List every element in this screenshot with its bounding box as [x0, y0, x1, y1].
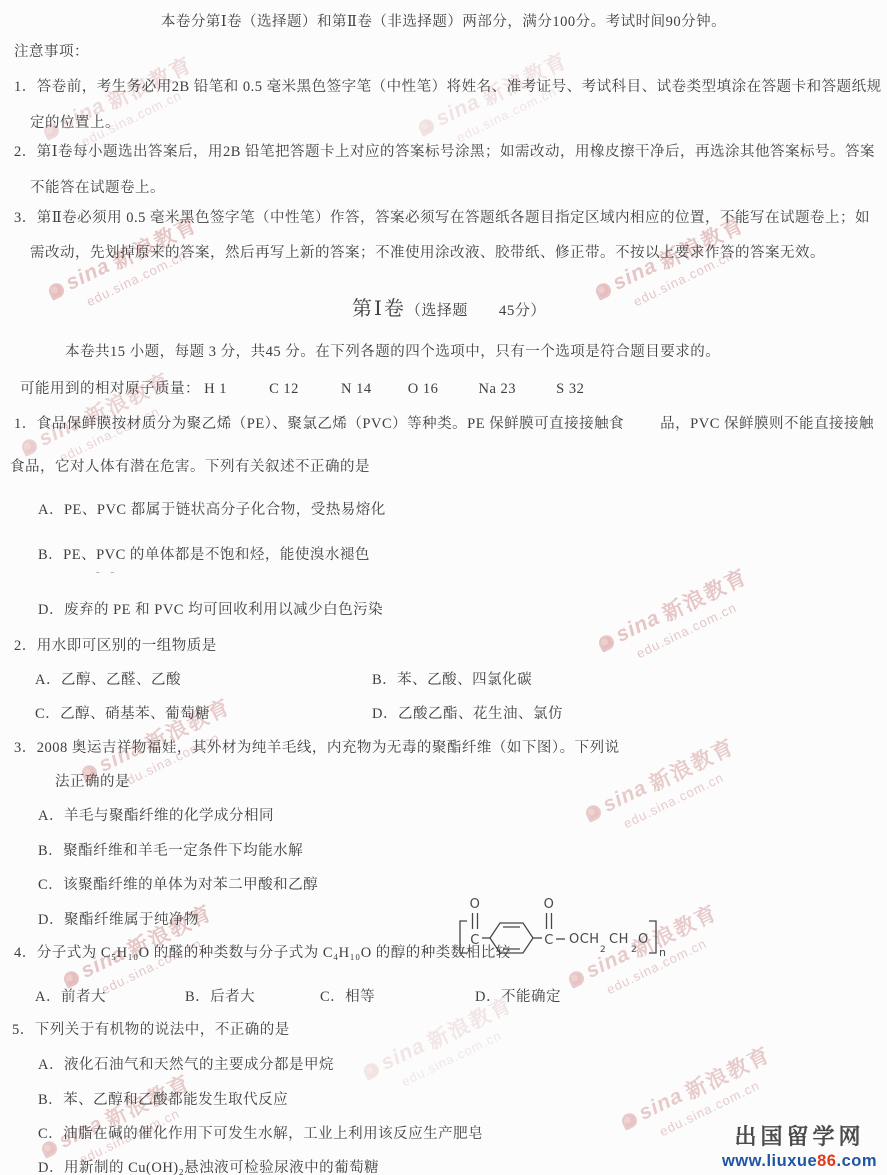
sina-flower-icon	[416, 116, 436, 136]
sina-flower-icon	[46, 280, 66, 300]
q4-option-a: A．前者大	[35, 985, 106, 1006]
carbonyl-oxygen-label: O	[470, 897, 481, 912]
q2-option-d: D．乙酸乙酯、花生油、氯仿	[372, 702, 563, 723]
right-bracket	[649, 921, 656, 953]
sina-flower-icon	[583, 802, 603, 822]
sina-flower-icon	[19, 436, 39, 456]
carbon-label: C	[544, 933, 554, 948]
q2-option-a: A．乙醇、乙醛、乙酸	[35, 668, 181, 689]
q1-stem-line-1b: 品，PVC 保鲜膜则不能直接接触	[660, 412, 874, 433]
exam-header-line: 本卷分第Ⅰ卷（选择题）和第Ⅱ卷（非选择题）两部分，满分100分。考试时间90分钟…	[0, 10, 887, 31]
ch-group-label: CH	[609, 932, 629, 947]
sina-flower-icon	[596, 632, 616, 652]
q4-option-b: B．后者大	[185, 985, 255, 1006]
q3-option-d: D．聚酯纤维属于纯净物	[38, 908, 199, 929]
q3-stem-line-2: 法正确的是	[55, 770, 130, 791]
exam-paper-page: sina新浪教育 edu.sina.com.cn sina新浪教育 edu.si…	[0, 0, 887, 1175]
sina-flower-icon	[566, 968, 586, 988]
sina-flower-icon	[593, 280, 613, 300]
sina-flower-icon	[361, 1060, 381, 1080]
liuxue86-site-name: 出国留学网	[722, 1120, 877, 1151]
atomic-mass-item: S 32	[556, 381, 584, 397]
sina-watermark: sina新浪教育 edu.sina.com.cn	[593, 561, 760, 675]
atomic-mass-item: C 12	[269, 381, 299, 397]
q1-stem-line-2: 食品，它对人体有潜在危害。下列有关叙述不正确的是	[10, 455, 370, 476]
q1-stray-marks: - -	[96, 566, 118, 578]
q4-option-c: C．相等	[320, 985, 375, 1006]
q1-option-b: B．PE、PVC 的单体都是不饱和烃，能使溴水褪色	[38, 543, 370, 564]
atomic-masses-label: 可能用到的相对原子质量：	[20, 381, 200, 397]
q3-option-b: B．聚酯纤维和羊毛一定条件下均能水解	[38, 839, 303, 860]
och-group-label: OCH	[569, 932, 600, 947]
repeat-n-label: n	[659, 946, 666, 959]
liuxue86-url: www.liuxue86.com	[722, 1152, 877, 1171]
notice-title: 注意事项：	[14, 40, 89, 61]
notice-3-line-2: 需改动，先划掉原来的答案，然后再写上新的答案；不准使用涂改液、胶带纸、修正带。不…	[30, 241, 825, 262]
notice-1-line-1: 1．答卷前，考生务必用2B 铅笔和 0.5 毫米黑色签字笔（中性笔）将姓名、准考…	[14, 75, 882, 96]
section-1-title-sub: （选择题 45分）	[406, 303, 546, 319]
notice-3-line-1: 3．第Ⅱ卷必须用 0.5 毫米黑色签字笔（中性笔）作答，答案必须写在答题纸各题目…	[14, 206, 870, 227]
q5-option-c: C．油脂在碱的催化作用下可发生水解，工业上利用该反应生产肥皂	[38, 1122, 483, 1143]
section-1-title-main: 第Ⅰ卷	[352, 298, 406, 320]
notice-2-line-1: 2．第Ⅰ卷每小题选出答案后，用2B 铅笔把答题卡上对应的答案标号涂黑；如需改动，…	[14, 140, 875, 161]
carbonyl-oxygen-label: O	[544, 897, 555, 912]
liuxue86-logo: 出国留学网 www.liuxue86.com	[722, 1120, 877, 1171]
q3-option-a: A．羊毛与聚酯纤维的化学成分相同	[38, 804, 274, 825]
q3-option-c: C．该聚酯纤维的单体为对苯二甲酸和乙醇	[38, 873, 318, 894]
subscript-2: 2	[600, 945, 606, 955]
q1-stem-line-1a: 1．食品保鲜膜按材质分为聚乙烯（PE）、聚氯乙烯（PVC）等种类。PE 保鲜膜可…	[14, 412, 624, 433]
q5-option-b: B．苯、乙醇和乙酸都能发生取代反应	[38, 1088, 288, 1109]
atomic-mass-item: O 16	[408, 381, 439, 397]
q1-option-d: D．废弃的 PE 和 PVC 均可回收利用以减少白色污染	[38, 598, 383, 619]
atomic-masses-line: 可能用到的相对原子质量： H 1 C 12 N 14 O 16 Na 23 S …	[20, 377, 584, 398]
notice-1-line-2: 定的位置上。	[30, 111, 120, 132]
sina-flower-icon	[619, 1110, 639, 1130]
q2-stem: 2．用水即可区别的一组物质是	[14, 634, 217, 655]
q4-stem: 4．分子式为 C₅H₁₀O 的醛的种类数与分子式为 C₄H₁₀O 的醇的种类数相…	[14, 941, 511, 962]
atomic-mass-item: Na 23	[479, 381, 517, 397]
q1-option-a: A．PE、PVC 都属于链状高分子化合物，受热易熔化	[38, 498, 386, 519]
q5-option-d: D．用新制的 Cu(OH)₂悬浊液可检验尿液中的葡萄糖	[38, 1156, 379, 1175]
q1-stem-line-1: 1．食品保鲜膜按材质分为聚乙烯（PE）、聚氯乙烯（PVC）等种类。PE 保鲜膜可…	[14, 412, 874, 433]
atomic-mass-item: N 14	[341, 381, 372, 397]
q3-stem-line-1: 3．2008 奥运吉祥物福娃，其外材为纯羊毛线，内充物为无毒的聚酯纤维（如下图）…	[14, 736, 620, 757]
chain-oxygen-label: O	[638, 932, 649, 947]
atomic-mass-item: H 1	[204, 381, 227, 397]
subscript-2: 2	[631, 945, 637, 955]
section-1-instruction: 本卷共15 小题，每题 3 分，共45 分。在下列各题的四个选项中，只有一个选项…	[65, 340, 720, 361]
q5-stem: 5．下列关于有机物的说法中，不正确的是	[12, 1018, 290, 1039]
q2-option-c: C．乙醇、硝基苯、葡萄糖	[35, 702, 210, 723]
notice-2-line-2: 不能答在试题卷上。	[30, 176, 165, 197]
liuxue86-url-86: 86	[817, 1152, 836, 1170]
section-1-title: 第Ⅰ卷（选择题 45分）	[352, 292, 546, 321]
q2-option-b: B．苯、乙酸、四氯化碳	[372, 668, 532, 689]
q5-option-a: A．液化石油气和天然气的主要成分都是甲烷	[38, 1053, 334, 1074]
q4-option-d: D．不能确定	[475, 985, 561, 1006]
